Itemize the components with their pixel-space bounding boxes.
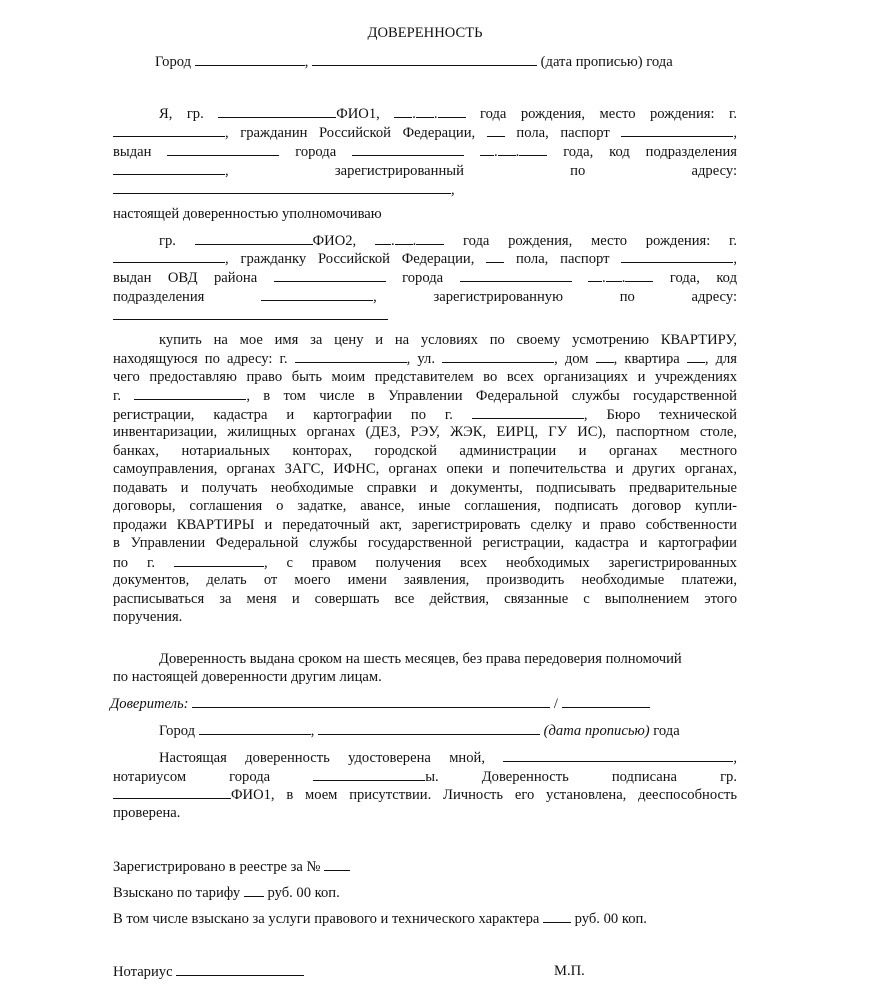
agent-birth-month-field[interactable] — [395, 231, 413, 245]
services-amount-field[interactable] — [543, 909, 571, 923]
powers-line-14: документов, делать от моего имени заявле… — [113, 571, 737, 589]
signature-field[interactable] — [562, 694, 650, 708]
agent-birth-day-field[interactable] — [375, 231, 391, 245]
signature-separator: / — [554, 696, 558, 712]
header-city-line: Город , (дата прописью) года — [155, 52, 779, 71]
seal-label: М.П. — [554, 962, 614, 980]
apartment-city-field[interactable] — [295, 349, 407, 363]
agent-issue-year-field[interactable] — [625, 268, 653, 282]
signature-line: Доверитель: / — [110, 694, 734, 713]
birth-year-field[interactable] — [438, 104, 466, 118]
notary-signature-field[interactable] — [176, 962, 304, 976]
tariff-amount-field[interactable] — [244, 883, 264, 897]
principal-name-field[interactable] — [218, 104, 336, 118]
powers-text: , дом — [554, 351, 588, 367]
agent-issue-month-field[interactable] — [606, 268, 622, 282]
powers-line-10: договоры, соглашения о задатке, авансе, … — [113, 497, 737, 515]
principal-address-label: адресу: — [692, 163, 737, 179]
cert-text: гр. — [720, 769, 737, 785]
agent-address-field[interactable] — [113, 306, 388, 320]
principal-year-code: года, код подразделения — [563, 144, 737, 160]
powers-line-8: самоуправления, органах ЗАГС, ИФНС, орга… — [113, 460, 737, 478]
agent-city-field[interactable] — [460, 268, 572, 282]
division-code-field[interactable] — [113, 161, 225, 175]
cert-line-3: ФИО1, в моем присутствии. Личность его у… — [113, 785, 737, 804]
notary-label: Нотариус — [113, 964, 173, 980]
agent-fio: ФИО2, — [313, 233, 357, 249]
cert-line-1: Настоящая доверенность удостоверена мной… — [113, 748, 737, 767]
agent-issue-day-field[interactable] — [588, 268, 602, 282]
powers-line-3: чего предоставляю право быть моим предст… — [113, 368, 737, 386]
signer-name-field[interactable] — [113, 785, 231, 799]
street-field[interactable] — [442, 349, 554, 363]
cert-line-4: проверена. — [113, 804, 737, 822]
authorize-text: настоящей доверенностью уполномочиваю — [113, 205, 737, 223]
powers-text: находящуюся по адресу: г. — [113, 351, 288, 367]
principal-issued: выдан — [113, 144, 151, 160]
principal-line-2: , гражданин Российской Федерации, пола, … — [113, 123, 737, 142]
city-label: Город — [155, 54, 191, 70]
powers-line-4: г. , в том числе в Управлении Федерально… — [113, 386, 737, 405]
powers-line-6: инвентаризации, жилищных органах (ДЕЗ, Р… — [113, 423, 737, 441]
cert-text: Доверенность — [482, 769, 569, 785]
powers-line-7: банках, нотариальных конторах, городской… — [113, 442, 737, 460]
city-field[interactable] — [195, 52, 305, 66]
powers-text: г. — [113, 388, 121, 404]
powers-text: регистрации, кадастра и картографии по г… — [113, 407, 453, 423]
registry-label: Зарегистрировано в реестре за № — [113, 859, 320, 875]
agent-line-4: подразделения , зарегистрированную по ад… — [113, 287, 737, 306]
agent-po: по — [620, 289, 635, 305]
issue-day-field[interactable] — [480, 142, 494, 156]
powers-line-2: находящуюся по адресу: г. , ул. , дом , … — [113, 349, 737, 368]
powers-line-5: регистрации, кадастра и картографии по г… — [113, 405, 737, 424]
principal-address-field[interactable] — [113, 180, 451, 194]
powers-text: , в том числе в Управлении Федеральной с… — [246, 388, 737, 404]
cert-text: нотариусом — [113, 769, 186, 785]
powers-line-15: расписываться за меня и совершать все де… — [113, 590, 737, 608]
notary-city-field[interactable] — [199, 721, 311, 735]
principal-city: города — [295, 144, 336, 160]
agent-address-label: адресу: — [692, 289, 737, 305]
powers-line-12: в Управлении Федеральной службы государс… — [113, 534, 737, 552]
agent-issued: выдан ОВД района — [113, 270, 257, 286]
notary-name-field[interactable] — [503, 748, 733, 762]
agent-registered: зарегистрированную — [433, 289, 563, 305]
notary-town-field[interactable] — [313, 767, 425, 781]
notary-date-note: (дата прописью) — [544, 723, 650, 739]
agent-birth-year-field[interactable] — [416, 231, 444, 245]
notary-year: года — [653, 723, 679, 739]
agent-division-code-field[interactable] — [261, 287, 373, 301]
tariff-unit: руб. 00 коп. — [267, 885, 339, 901]
cert-text: ФИО1, в моем присутствии. Личность его у… — [231, 787, 737, 803]
powers-text: , ул. — [407, 351, 435, 367]
document-title: ДОВЕРЕННОСТЬ — [0, 25, 850, 42]
powers-text: по г. — [113, 555, 155, 571]
powers-text: , Бюро технической — [584, 407, 737, 423]
powers-line-16: поручения. — [113, 608, 737, 626]
notary-city-line: Город , (дата прописью) года — [159, 721, 783, 740]
agent-sex: пола, паспорт — [516, 251, 610, 267]
powers-line-13: по г. , с правом получения всех необходи… — [113, 553, 737, 572]
house-field[interactable] — [596, 349, 614, 363]
agent-birth-text: года рождения, место рождения: г. — [463, 233, 737, 249]
principal-sex: пола, паспорт — [516, 125, 609, 141]
issue-year-field[interactable] — [519, 142, 547, 156]
registry-city-field[interactable] — [472, 405, 584, 419]
agent-division: подразделения — [113, 289, 204, 305]
services-line: В том числе взыскано за услуги правового… — [113, 909, 737, 928]
principal-po: по — [570, 163, 585, 179]
agent-line-1: гр. ФИО2, .. года рождения, место рожден… — [113, 231, 737, 250]
powers-line-9: подавать и получать необходимые справки … — [113, 479, 737, 497]
signature-name-field[interactable] — [192, 694, 550, 708]
agent-line-5 — [113, 306, 737, 325]
powers-text: , квартира — [614, 351, 680, 367]
issued-city-field[interactable] — [352, 142, 464, 156]
notary-footer: Нотариус — [113, 962, 737, 981]
cert-text: города — [229, 769, 270, 785]
institutions-city-field[interactable] — [134, 386, 246, 400]
agent-sex-field[interactable] — [486, 249, 504, 263]
principal-line-5: , — [113, 180, 737, 199]
term-line-1: Доверенность выдана сроком на шесть меся… — [159, 650, 783, 668]
agent-citizen: , гражданку Российской Федерации, — [225, 251, 474, 267]
issue-month-field[interactable] — [498, 142, 516, 156]
principal-line-3: выдан города .. года, код подразделения — [113, 142, 737, 161]
birth-day-field[interactable] — [394, 104, 412, 118]
services-label: В том числе взыскано за услуги правового… — [113, 911, 539, 927]
agent-birth-city-field[interactable] — [113, 249, 225, 263]
services-unit: руб. 00 коп. — [575, 911, 647, 927]
registry-number-field[interactable] — [324, 857, 350, 871]
agent-year-code: года, код — [670, 270, 737, 286]
sex-field[interactable] — [487, 123, 505, 137]
cert-text: Настоящая доверенность удостоверена мной… — [113, 750, 485, 766]
cert-text: подписана — [612, 769, 677, 785]
passport-field[interactable] — [621, 123, 733, 137]
principal-line-1: Я, гр. ФИО1, .. года рождения, место рож… — [113, 104, 737, 123]
registry-number-line: Зарегистрировано в реестре за № — [113, 857, 737, 876]
term-line-2: по настоящей доверенности другим лицам. — [113, 668, 737, 686]
agent-intro: гр. — [113, 233, 176, 249]
cert-line-2: нотариусом города ы. Доверенность подпис… — [113, 767, 737, 786]
tariff-line: Взыскано по тарифу руб. 00 коп. — [113, 883, 737, 902]
principal-intro: Я, гр. — [113, 106, 204, 122]
birth-month-field[interactable] — [416, 104, 434, 118]
powers-line-11: продажи КВАРТИРЫ и передаточный акт, зар… — [113, 516, 737, 534]
agent-district-field[interactable] — [274, 268, 386, 282]
principal-citizen: , гражданин Российской Федерации, — [225, 125, 475, 141]
principal-line-4: , зарегистрированный по адресу: — [113, 161, 737, 180]
powers-text: , для — [705, 351, 737, 367]
issued-by-field[interactable] — [167, 142, 279, 156]
principal-birth-text: года рождения, место рождения: г. — [480, 106, 737, 122]
agent-passport-field[interactable] — [621, 249, 733, 263]
notary-city-label: Город — [159, 723, 195, 739]
date-field[interactable] — [312, 52, 537, 66]
powers-text: , с правом получения всех необходимых за… — [264, 555, 737, 571]
cert-text: ы. — [425, 769, 438, 785]
notary-date-field[interactable] — [318, 721, 540, 735]
apartment-field[interactable] — [687, 349, 705, 363]
principal-registered: зарегистрированный — [335, 163, 464, 179]
docs-city-field[interactable] — [174, 553, 264, 567]
date-note: (дата прописью) года — [541, 54, 673, 70]
principal-fio: ФИО1, — [336, 106, 380, 122]
signature-label: Доверитель: — [110, 696, 189, 712]
powers-text: купить на мое имя за цену и на условиях … — [113, 332, 737, 348]
agent-name-field[interactable] — [195, 231, 313, 245]
tariff-label: Взыскано по тарифу — [113, 885, 240, 901]
agent-line-2: , гражданку Российской Федерации, пола, … — [113, 249, 737, 268]
agent-line-3: выдан ОВД района города .. года, код — [113, 268, 737, 287]
powers-line-1: купить на мое имя за цену и на условиях … — [113, 331, 737, 349]
birth-city-field[interactable] — [113, 123, 225, 137]
agent-city: города — [402, 270, 443, 286]
